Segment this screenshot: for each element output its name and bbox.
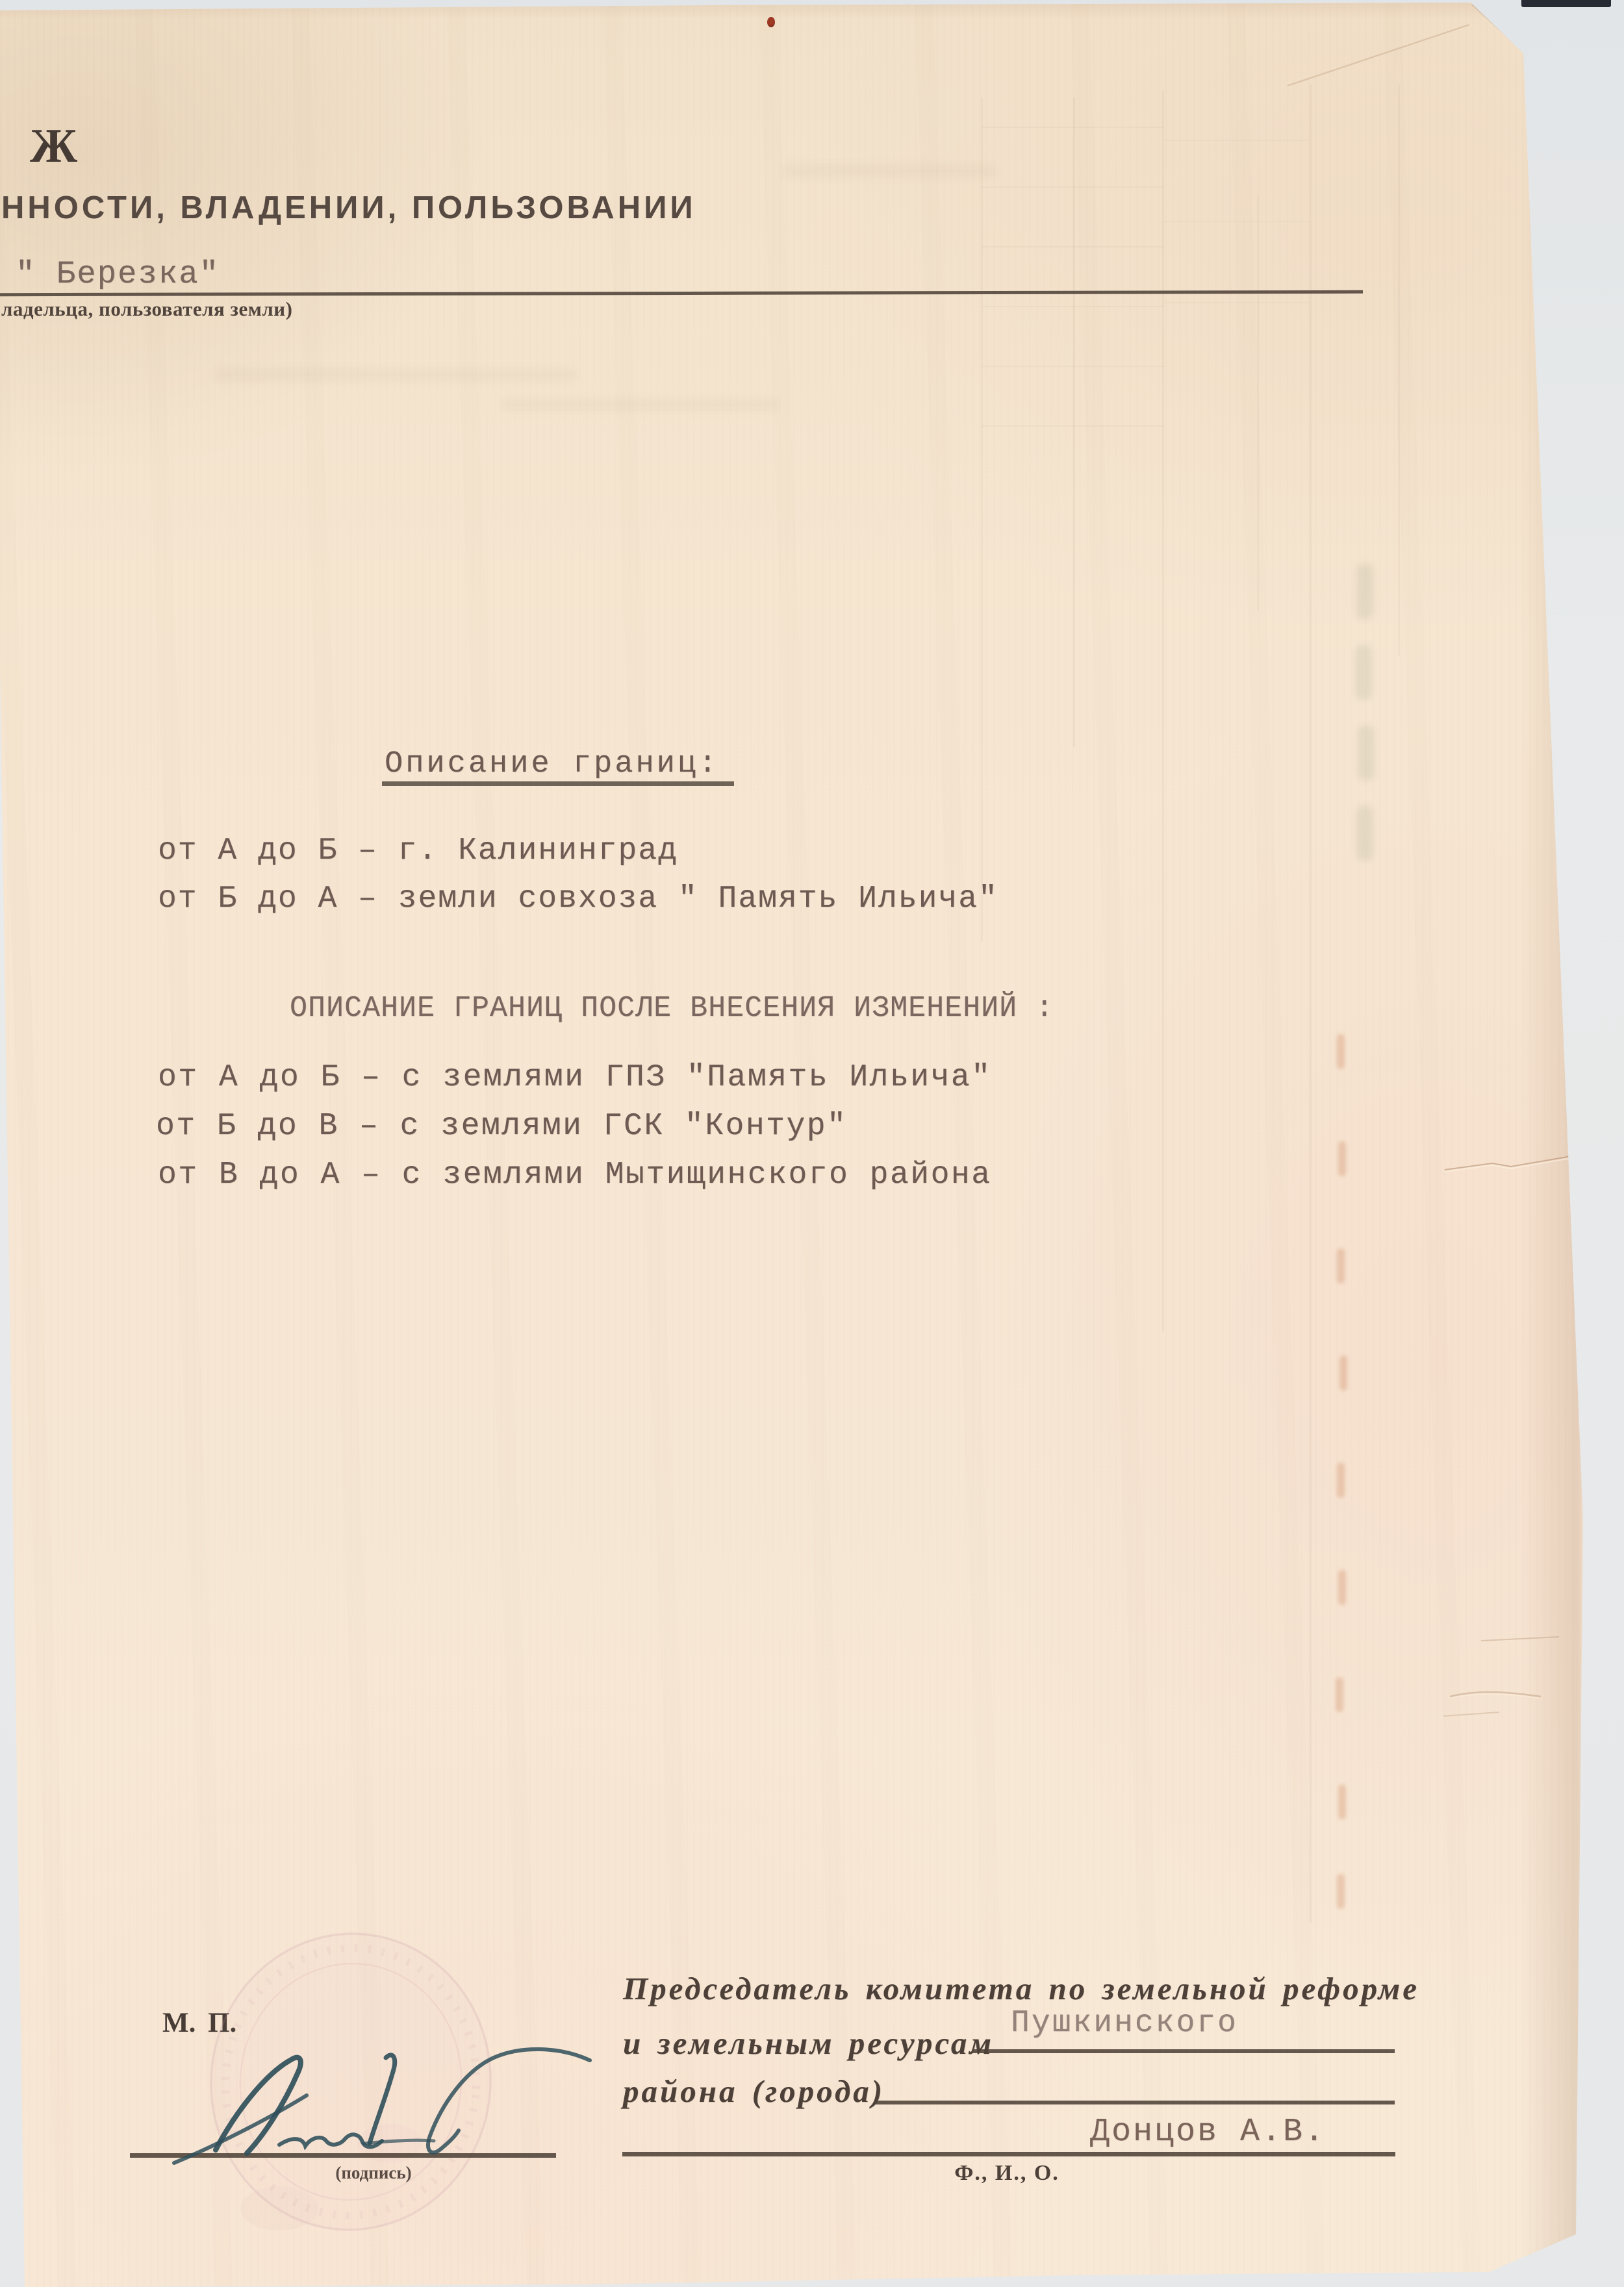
red-ink-dot	[767, 17, 775, 27]
ghost-ink-mark	[1338, 1570, 1346, 1605]
scan-edge-artifact-bar	[1521, 0, 1611, 7]
ghost-table-line	[981, 97, 983, 942]
ghost-ink-mark	[1337, 1874, 1345, 1909]
corner-letter: Ж	[30, 121, 77, 173]
ghost-table-line	[1257, 195, 1259, 611]
ghost-smudge	[214, 368, 578, 382]
owner-caption-fragment: ладельца, пользователя земли)	[1, 298, 292, 320]
ghost-ink-mark	[1338, 1141, 1346, 1176]
ghost-table-line	[982, 186, 1164, 188]
ghost-table-line	[1073, 97, 1075, 747]
ghost-table-line	[1164, 140, 1310, 141]
name-caption: Ф., И., О.	[896, 2162, 1117, 2186]
official-title-line2: и земельным ресурсам	[623, 2027, 994, 2061]
ghost-table-line	[982, 127, 1164, 128]
ghost-table-line	[982, 425, 1164, 427]
ghost-table-line	[1164, 221, 1310, 222]
official-name-value: Донцов А.В.	[1090, 2115, 1326, 2150]
district-value: Пушкинского	[1011, 2007, 1238, 2041]
owner-name-value: " Березка"	[16, 257, 220, 292]
border-line: от Б до А – земли совхоза " Память Ильич…	[158, 883, 998, 916]
border-line: от А до Б – с землями ГПЗ "Память Ильича…	[158, 1061, 992, 1095]
scanned-document-page: Ж ННОСТИ, ВЛАДЕНИИ, ПОЛЬЗОВАНИИ " Березк…	[0, 0, 1624, 2287]
ghost-smudge	[783, 164, 997, 178]
ghost-table-line	[1164, 302, 1310, 303]
ghost-ink-mark	[1356, 564, 1373, 620]
ghost-table-line	[1398, 84, 1400, 656]
ghost-table-line	[1162, 91, 1164, 1332]
ghost-table-line	[1310, 84, 1312, 1923]
district-underline	[972, 2049, 1395, 2053]
border-line: от Б до В – с землями ГСК "Контур"	[156, 1110, 847, 1144]
official-title-line1: Председатель комитета по земельной рефор…	[623, 1972, 1419, 2006]
official-title-line3: района (города)	[623, 2075, 885, 2109]
border-line: от А до Б – г. Калининград	[158, 835, 678, 868]
official-name-underline	[622, 2152, 1395, 2156]
ghost-table-line	[982, 306, 1164, 307]
ghost-table-line	[982, 366, 1164, 367]
ghost-ink-mark	[1336, 1677, 1343, 1712]
ghost-ink-mark	[1338, 1784, 1346, 1819]
borders-heading-underline	[382, 781, 734, 786]
ghost-ink-mark	[1337, 1463, 1345, 1498]
district-underline2	[874, 2101, 1395, 2104]
signature-caption: (подпись)	[312, 2164, 435, 2182]
signature-underline	[130, 2153, 556, 2158]
borders-after-heading: ОПИСАНИЕ ГРАНИЦ ПОСЛЕ ВНЕСЕНИЯ ИЗМЕНЕНИЙ…	[290, 993, 1054, 1025]
ghost-ink-mark	[1337, 1034, 1345, 1069]
document-header-fragment: ННОСТИ, ВЛАДЕНИИ, ПОЛЬЗОВАНИИ	[1, 191, 696, 225]
ghost-ink-mark	[1356, 805, 1373, 861]
ghost-smudge	[500, 398, 780, 412]
ghost-ink-mark	[1355, 644, 1372, 700]
seal-mark: М. П.	[162, 2008, 236, 2038]
borders-heading: Описание границ:	[385, 748, 719, 781]
ghost-ink-mark	[1358, 725, 1375, 781]
paper-sheet: Ж ННОСТИ, ВЛАДЕНИИ, ПОЛЬЗОВАНИИ " Березк…	[0, 0, 1624, 2287]
border-line: от В до А – с землями Мытищинского район…	[158, 1159, 992, 1193]
ghost-ink-mark	[1339, 1356, 1347, 1391]
ghost-ink-mark	[1337, 1248, 1345, 1283]
ghost-table-line	[982, 246, 1164, 247]
